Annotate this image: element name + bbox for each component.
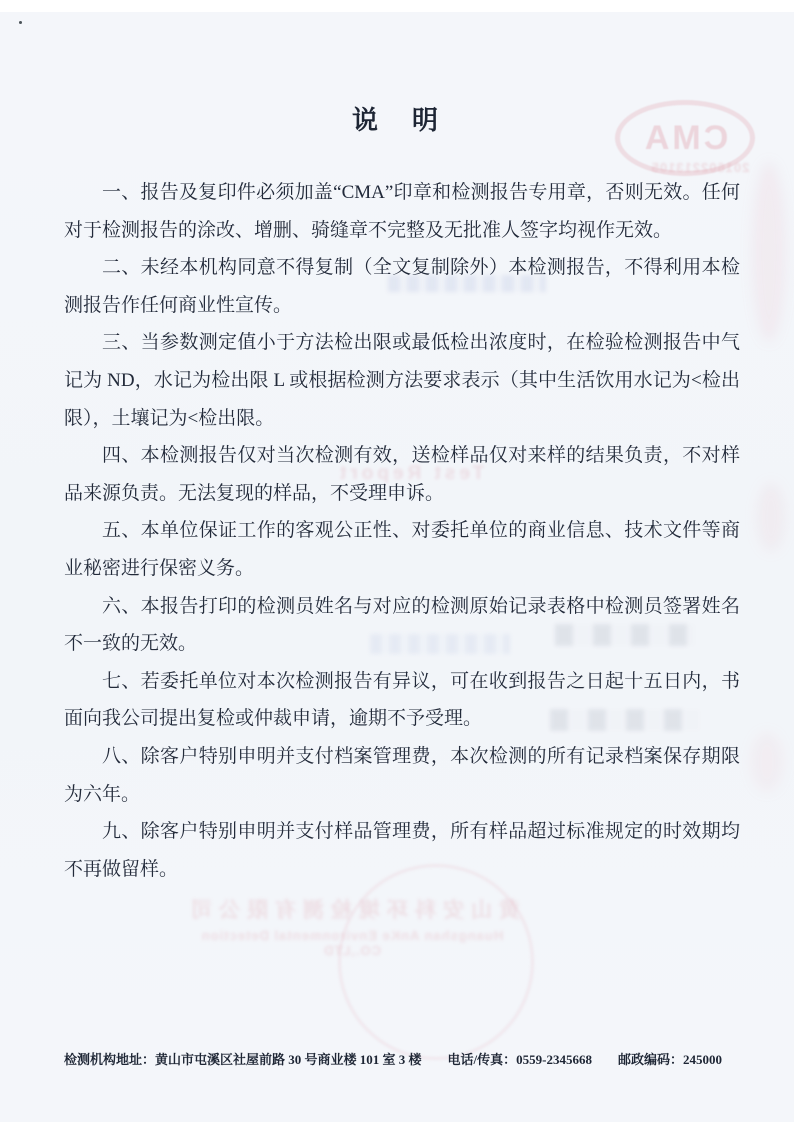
bleedthrough-edge-mark-3 — [750, 732, 784, 792]
page-title: 说 明 — [0, 100, 794, 137]
company-seal-text: 黄山安科环境检测有限公司 Huangshan AnKe Environmenta… — [182, 894, 522, 958]
note-item-6: 六、本报告打印的检测员姓名与对应的检测原始记录表格中检测员签署姓名不一致的无效。 — [64, 588, 740, 663]
bleedthrough-edge-mark-2 — [756, 482, 786, 552]
footer-contact-line: 检测机构地址：黄山市屯溪区社屋前路 30 号商业楼 101 室 3 楼 电话/传… — [64, 1049, 764, 1068]
company-name-cn: 黄山安科环境检测有限公司 — [182, 894, 522, 924]
note-item-3: 三、当参数测定值小于方法检出限或最低检出浓度时，在检验检测报告中气记为 ND，水… — [64, 324, 740, 437]
note-item-8: 八、除客户特别申明并支付档案管理费，本次检测的所有记录档案保存期限为六年。 — [64, 738, 740, 813]
scan-speck — [19, 21, 22, 24]
note-item-9: 九、除客户特别申明并支付样品管理费，所有样品超过标准规定的时效期均不再做留样。 — [64, 813, 740, 888]
company-name-en: Huangshan AnKe Environmental Detection C… — [182, 928, 522, 958]
note-item-2: 二、未经本机构同意不得复制（全文复制除外）本检测报告，不得利用本检测报告作任何商… — [64, 249, 740, 324]
note-item-7: 七、若委托单位对本次检测报告有异议，可在收到报告之日起十五日内，书面向我公司提出… — [64, 663, 740, 738]
company-seal-circle — [338, 864, 534, 1060]
notes-body: 一、报告及复印件必须加盖“CMA”印章和检测报告专用章，否则无效。任何对于检测报… — [64, 174, 740, 888]
note-item-1: 一、报告及复印件必须加盖“CMA”印章和检测报告专用章，否则无效。任何对于检测报… — [64, 174, 740, 249]
note-item-4: 四、本检测报告仅对当次检测有效，送检样品仅对来样的结果负责，不对样品来源负责。无… — [64, 437, 740, 512]
document-page: CMA 201602213105 Test Report 黄山安科环境检测有限公… — [0, 12, 794, 1122]
note-item-5: 五、本单位保证工作的客观公正性、对委托单位的商业信息、技术文件等商业秘密进行保密… — [64, 512, 740, 587]
cma-stamp-number: 201602213105 — [640, 160, 760, 175]
bleedthrough-edge-mark-1 — [752, 162, 786, 342]
